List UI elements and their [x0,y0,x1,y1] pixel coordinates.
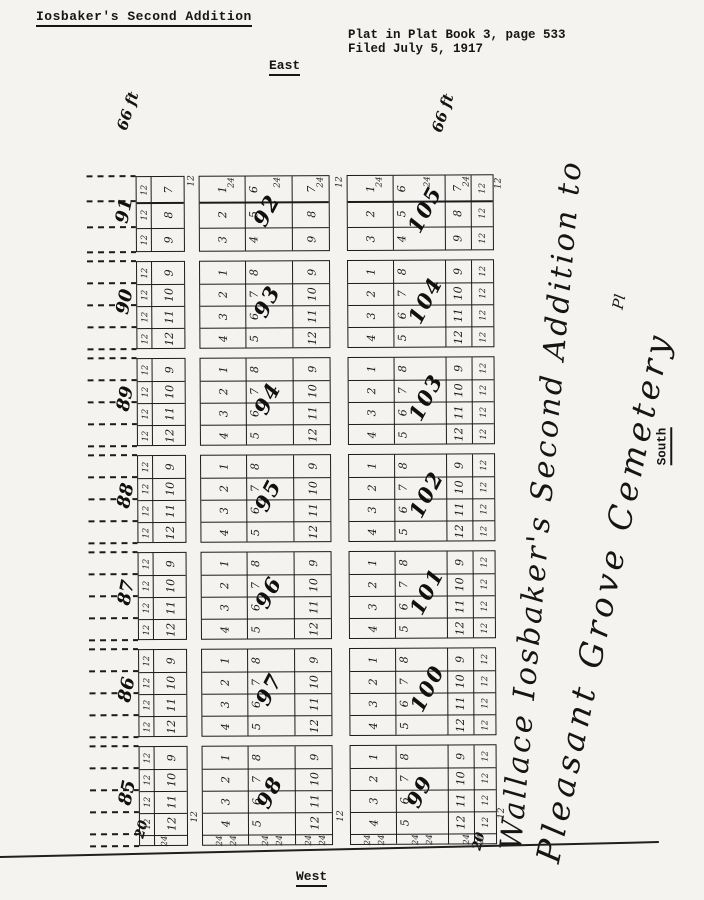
lot-number: 12 [481,795,491,806]
lot-number: 11 [308,794,321,808]
lot-number: 7 [396,290,409,297]
lot-line [153,650,155,736]
lot-line [393,176,395,250]
lot-number: 9 [164,560,177,567]
lot-number: 5 [249,626,262,633]
lot-number: 24 [374,176,384,187]
lot-number: 2 [364,290,377,297]
lot-number: 11 [306,406,319,420]
lot-number: 24 [318,835,328,846]
block-number: 87 [113,578,139,607]
lot-line [138,500,185,502]
lot-number: 12 [478,266,488,277]
lot-number: 1 [216,269,229,276]
dashed-line [90,811,139,813]
lot-number: 12 [142,559,152,570]
lot-number: 9 [162,237,175,244]
lot-number: 12 [453,621,466,635]
lot-number: 12 [142,656,152,667]
lot-line [393,261,395,347]
lot-number: 4 [218,723,231,730]
lot-number: 8 [248,366,261,373]
lot-number: 4 [365,431,378,438]
lot-number: 3 [364,236,377,243]
lot-number: 8 [398,656,411,663]
lot-number: 9 [453,462,466,469]
lot-number: 10 [164,579,177,593]
dashed-line [90,767,139,769]
lot-number: 10 [163,482,176,496]
lot-number: 5 [398,722,411,729]
lot-number: 1 [219,754,232,761]
lot-number: 4 [219,820,232,827]
lot-line [445,176,447,250]
lot-line [248,747,250,845]
lot-number: 3 [365,506,378,513]
lot-number: 24 [462,176,472,187]
dashed-line [88,445,137,447]
lot-line [140,769,187,771]
lot-number: 12 [479,526,489,537]
lot-number: 12 [481,817,491,828]
dashed-line [87,226,136,228]
lot-line [138,522,185,524]
lot-number: 3 [365,409,378,416]
lot-number: 24 [425,834,435,845]
lot-number: 24 [215,835,225,846]
lot-number: 3 [219,798,232,805]
lot-number: 12 [480,654,490,665]
dashed-line [88,454,137,456]
dashed-line [87,326,136,328]
lot-line [293,358,295,444]
lot-line [471,260,473,346]
lot-number: 2 [364,210,377,217]
lot-number: 5 [396,431,409,438]
lot-number: 7 [397,484,410,491]
lot-line [137,328,184,330]
lot-line [295,746,297,844]
lot-number: 2 [217,388,230,395]
dashed-line [89,617,138,619]
lot-number: 12 [140,210,150,221]
lot-number: 11 [163,407,176,421]
compass-west-label: West [296,869,327,887]
lot-number: 12 [305,331,318,345]
plat-grid: 7128129129112365478924242492123654712812… [0,0,704,900]
lot-number: 12 [452,330,465,344]
lot-number: 12 [165,817,178,831]
lot-number: 9 [307,657,320,664]
lot-number: 7 [397,581,410,588]
block-partial-89: 912101211121212 [137,358,186,446]
dashed-line [90,845,139,847]
lot-number: 12 [308,816,321,830]
lot-number: 12 [164,720,177,734]
dashed-line [89,648,138,650]
lot-number: 24 [261,835,271,846]
lot-number: 12 [481,773,491,784]
lot-line [139,575,186,577]
lot-number: 2 [365,484,378,491]
lot-number: 12 [452,427,465,441]
lot-line [201,424,330,426]
lot-number: 1 [367,753,380,760]
lot-number: 4 [366,722,379,729]
lot-number: 12 [480,698,490,709]
lot-number: 11 [305,309,318,323]
lot-number: 12 [479,460,489,471]
lot-line [139,672,186,674]
dashed-line [87,348,136,350]
lot-number: 12 [480,557,490,568]
lot-number: 12 [140,235,150,246]
lot-number: 5 [248,432,261,439]
dashed-line [89,736,138,738]
lot-number: 3 [366,700,379,707]
dashed-line [88,542,137,544]
lot-number: 11 [454,793,467,807]
street-corner-dim: 12 [190,811,200,823]
lot-number: 2 [216,291,229,298]
lot-number: 12 [454,718,467,732]
lot-number: 9 [451,235,464,242]
lot-number: 24 [411,834,421,845]
lot-number: 10 [307,675,320,689]
lot-number: 12 [478,332,488,343]
lot-number: 12 [478,183,488,194]
lot-number: 12 [163,526,176,540]
lot-number: 2 [218,582,231,589]
lot-number: 12 [142,722,152,733]
lot-number: 12 [307,622,320,636]
lot-number: 12 [164,623,177,637]
lot-line [138,381,185,383]
lot-number: 8 [396,365,409,372]
lot-number: 12 [480,579,490,590]
lot-number: 5 [396,334,409,341]
lot-number: 12 [140,312,150,323]
lot-number: 10 [453,577,466,591]
lot-number: 4 [364,334,377,341]
lot-number: 8 [250,657,263,664]
lot-number: 10 [452,383,465,397]
lot-number: 1 [366,656,379,663]
lot-number: 11 [162,310,175,324]
lot-number: 9 [307,560,320,567]
lot-number: 8 [248,269,261,276]
lot-number: 10 [453,480,466,494]
block-number: 91 [111,196,137,225]
street-corner-dim: 12 [494,177,504,189]
lot-number: 11 [164,601,177,615]
lot-number: 3 [218,604,231,611]
lot-number: 10 [305,287,318,301]
lot-number: 12 [478,208,488,219]
lot-number: 9 [454,656,467,663]
lot-number: 10 [306,481,319,495]
lot-number: 12 [141,506,151,517]
lot-number: 10 [307,578,320,592]
lot-line [138,478,185,480]
lot-line [394,358,396,444]
lot-number: 3 [364,312,377,319]
lot-number: 2 [365,387,378,394]
lot-number: 12 [479,504,489,515]
lot-number: 7 [396,387,409,394]
dashed-line [88,379,137,381]
lot-number: 1 [218,657,231,664]
lot-number: 1 [366,559,379,566]
dashed-line [89,714,138,716]
lot-number: 2 [366,581,379,588]
lot-number: 24 [229,835,239,846]
lot-number: 9 [305,269,318,276]
lot-number: 4 [247,236,260,243]
lot-number: 9 [453,559,466,566]
lot-number: 12 [140,334,150,345]
lot-line [203,812,332,814]
lot-line [396,746,398,844]
lot-number: 8 [305,211,318,218]
lot-number: 7 [398,678,411,685]
dashed-line [87,251,136,253]
lot-number: 12 [479,407,489,418]
lot-number: 2 [366,678,379,685]
lot-line [139,716,186,718]
lot-number: 12 [479,363,489,374]
lot-line [140,813,187,815]
lot-line [292,261,294,347]
lot-number: 10 [165,773,178,787]
lot-number: 12 [141,528,151,539]
lot-line [140,791,187,793]
lot-number: 8 [396,268,409,275]
lot-number: 12 [480,601,490,612]
lot-number: 24 [304,835,314,846]
block-partial-86: 912101211121212 [138,649,187,737]
dashed-line [88,520,137,522]
lot-number: 9 [164,657,177,664]
lot-number: 2 [219,776,232,783]
lot-number: 24 [275,835,285,846]
lot-number: 9 [162,269,175,276]
street-corner-dim: 12 [187,175,197,187]
lot-line [137,306,184,308]
lot-line [448,745,450,843]
lot-number: 10 [306,384,319,398]
dashed-line [87,282,136,284]
lot-number: 5 [397,528,410,535]
lot-number: 1 [218,560,231,567]
dashed-line [88,357,137,359]
lot-number: 12 [479,385,489,396]
block-number: 88 [113,481,139,510]
lot-number: 9 [306,366,319,373]
lot-number: 3 [366,603,379,610]
dashed-line [87,175,136,177]
lot-number: 8 [249,560,262,567]
lot-number: 12 [140,290,150,301]
lot-number: 10 [454,674,467,688]
lot-number: 4 [218,626,231,633]
lot-number: 3 [367,797,380,804]
lot-number: 11 [307,697,320,711]
lot-number: 12 [478,288,488,299]
lot-number: 12 [140,268,150,279]
lot-line [472,357,474,443]
lot-number: 12 [140,184,150,195]
lot-number: 10 [162,288,175,302]
street-corner-dim: 12 [335,176,345,188]
lot-number: 9 [452,365,465,372]
lot-line [202,715,331,717]
lot-number: 12 [142,678,152,689]
lot-number: 12 [162,332,175,346]
lot-number: 12 [479,482,489,493]
block-partial-88: 912101211121212 [137,455,186,543]
lot-number: 12 [306,525,319,539]
dashed-line [90,745,139,747]
lot-number: 9 [308,754,321,761]
lot-line [138,403,185,405]
dashed-line [88,423,137,425]
lot-number: 12 [142,625,152,636]
lot-line [151,177,153,251]
lot-number: 6 [247,186,260,193]
lot-number: 12 [141,431,151,442]
lot-number: 24 [160,836,170,847]
lot-number: 12 [143,775,153,786]
lot-number: 12 [142,700,152,711]
lot-line [201,521,330,523]
lot-number: 7 [162,186,175,193]
block-partial-91: 712812912 [136,176,185,252]
lot-line [139,619,186,621]
block-number: 90 [112,287,138,316]
lot-line [200,327,329,329]
lot-number: 2 [216,211,229,218]
lot-number: 12 [453,524,466,538]
lot-number: 4 [367,819,380,826]
dashed-line [89,670,138,672]
lot-number: 3 [216,236,229,243]
lot-number: 5 [398,819,411,826]
lot-line [152,359,154,445]
lot-number: 3 [218,701,231,708]
lot-number: 2 [217,485,230,492]
lot-number: 3 [216,313,229,320]
lot-number: 1 [364,268,377,275]
lot-line [152,456,154,542]
lot-number: 12 [480,623,490,634]
lot-number: 10 [308,772,321,786]
block-partial-87: 912101211121212 [138,552,187,640]
dashed-line [87,260,136,262]
lot-line [154,747,156,845]
lot-number: 1 [217,463,230,470]
lot-line [137,284,184,286]
lot-number: 4 [217,529,230,536]
lot-number: 24 [377,834,387,845]
lot-line [292,176,294,250]
lot-number: 11 [452,308,465,322]
lot-number: 11 [306,503,319,517]
lot-number: 2 [218,679,231,686]
lot-number: 10 [163,385,176,399]
lot-number: 11 [164,698,177,712]
lot-number: 2 [367,775,380,782]
block-number: 89 [112,384,138,413]
lot-number: 12 [141,409,151,420]
lot-number: 6 [395,185,408,192]
lot-number: 9 [163,463,176,470]
lot-number: 12 [163,429,176,443]
lot-number: 12 [143,753,153,764]
lot-number: 9 [452,268,465,275]
lot-number: 9 [306,463,319,470]
street-corner-dim: 12 [336,810,346,822]
lot-number: 8 [249,463,262,470]
lot-line [202,618,331,620]
lot-number: 5 [249,529,262,536]
lot-number: 4 [366,625,379,632]
lot-number: 10 [452,286,465,300]
lot-number: 12 [141,365,151,376]
lot-line [137,228,184,230]
lot-line [153,553,155,639]
lot-line [394,455,396,541]
lot-number: 12 [142,581,152,592]
lot-number: 24 [226,177,236,188]
lot-line [139,597,186,599]
lot-number: 24 [315,177,325,188]
lot-number: 10 [454,771,467,785]
lot-number: 1 [217,366,230,373]
lot-number: 1 [365,365,378,372]
lot-number: 9 [454,753,467,760]
lot-number: 12 [141,462,151,473]
block-number: 86 [114,675,140,704]
lot-number: 5 [250,723,263,730]
lot-number: 9 [163,366,176,373]
lot-number: 12 [307,719,320,733]
lot-number: 8 [397,462,410,469]
lot-number: 10 [164,676,177,690]
lot-number: 5 [250,820,263,827]
lot-number: 9 [305,236,318,243]
lot-line [474,745,476,843]
lot-number: 3 [217,410,230,417]
lot-line [138,425,185,427]
lot-number: 12 [142,603,152,614]
lot-number: 12 [454,815,467,829]
lot-number: 5 [248,335,261,342]
lot-number: 12 [481,751,491,762]
lot-number: 12 [479,429,489,440]
lot-number: 8 [398,753,411,760]
lot-number: 12 [480,676,490,687]
lot-number: 12 [306,428,319,442]
lot-number: 1 [365,462,378,469]
lot-number: 12 [141,387,151,398]
lot-number: 9 [165,754,178,761]
lot-number: 8 [162,211,175,218]
block-number: 85 [114,778,140,807]
lot-line [151,262,153,348]
lot-number: 24 [363,834,373,845]
dashed-line [89,551,138,553]
